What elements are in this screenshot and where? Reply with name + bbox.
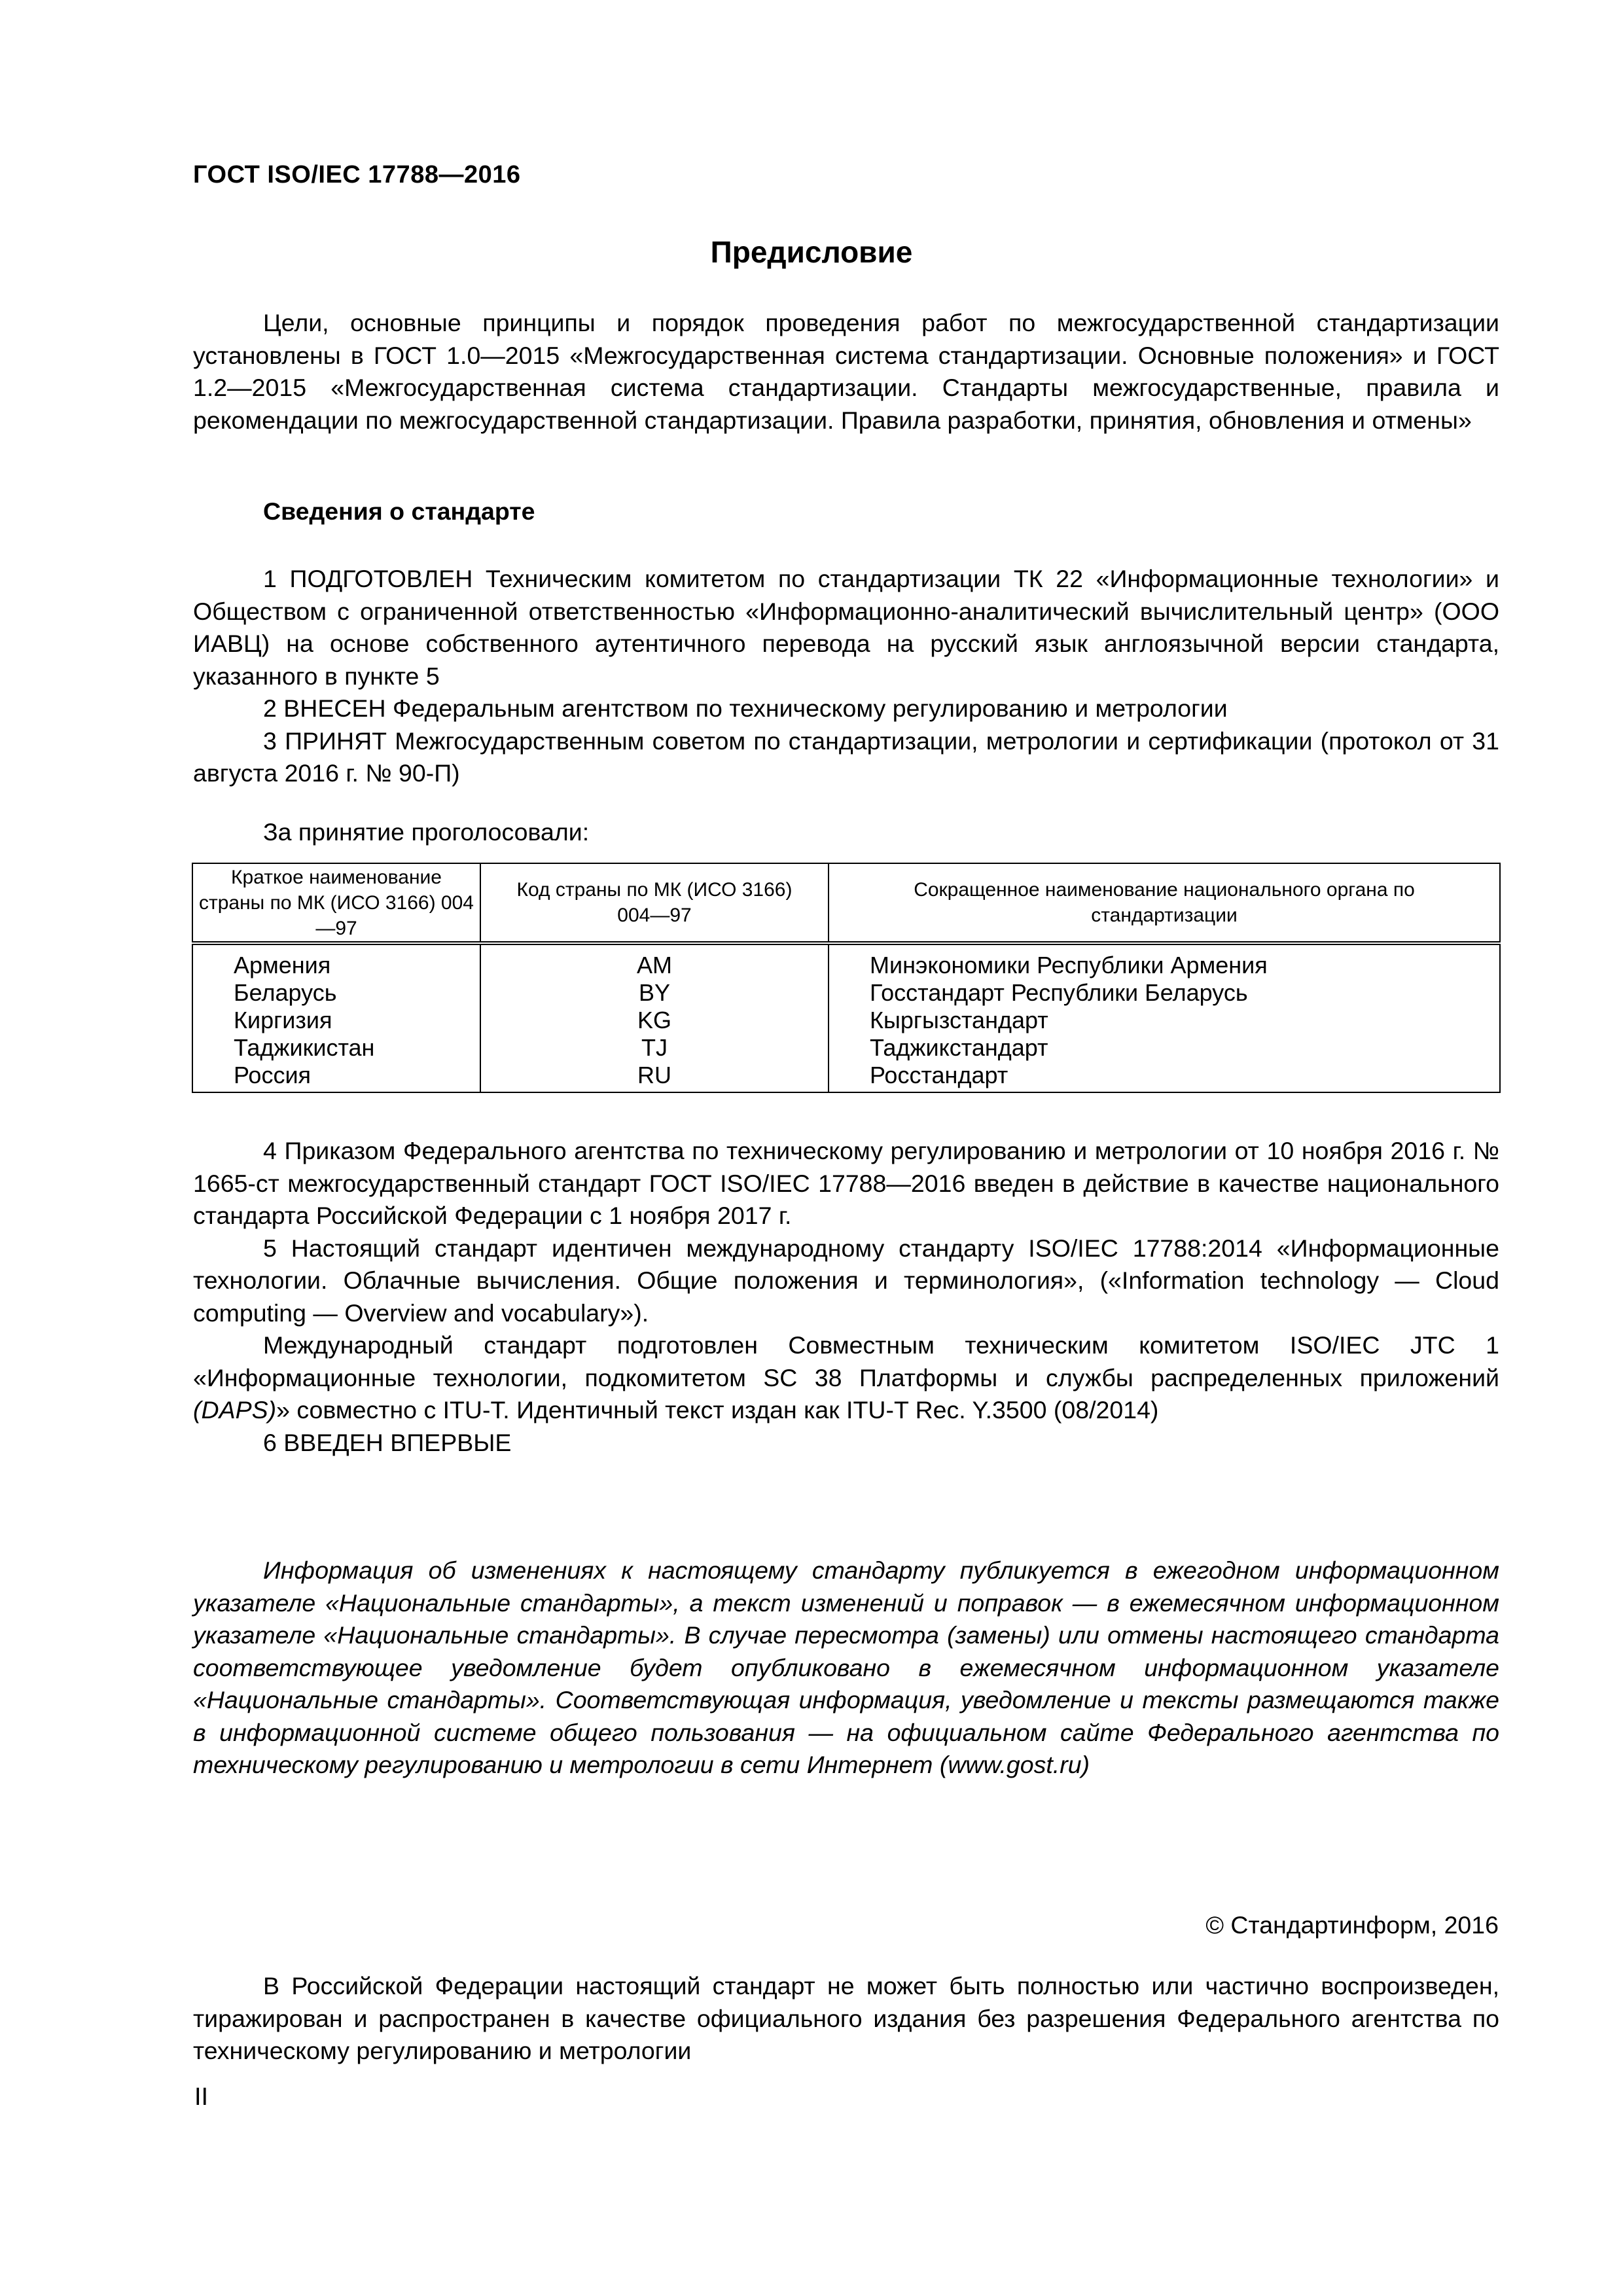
info-item-5: 5 Настоящий стандарт идентичен междунаро…: [193, 1232, 1499, 1330]
table-row: КиргизияKGКыргызстандарт: [192, 1007, 1500, 1034]
standards-body-cell: Кыргызстандарт: [829, 1007, 1500, 1034]
code-cell: AM: [480, 943, 829, 979]
info-item-4: 4 Приказом Федерального агентства по тех…: [193, 1135, 1499, 1232]
country-cell: Армения: [192, 943, 480, 979]
standards-body-cell: Минэкономики Республики Армения: [829, 943, 1500, 979]
country-cell: Россия: [192, 1062, 480, 1092]
rights-notice-text: В Российской Федерации настоящий стандар…: [193, 1970, 1499, 2068]
rights-notice: В Российской Федерации настоящий стандар…: [193, 1970, 1499, 2068]
header-country-code: Код страны по МК (ИСО 3166) 004—97: [480, 863, 829, 943]
code-cell: BY: [480, 979, 829, 1007]
copyright: © Стандартинформ, 2016: [1205, 1911, 1499, 1939]
document-code-header: ГОСТ ISO/IEC 17788—2016: [193, 161, 521, 189]
table-row: БеларусьBYГосстандарт Республики Беларус…: [192, 979, 1500, 1007]
changes-notice-text: Информация об изменениях к настоящему ст…: [193, 1554, 1499, 1782]
international-text-post: » совместно с ITU-T. Идентичный текст из…: [276, 1396, 1158, 1424]
table-row: РоссияRUРосстандарт: [192, 1062, 1500, 1092]
standards-body-cell: Госстандарт Республики Беларусь: [829, 979, 1500, 1007]
country-cell: Беларусь: [192, 979, 480, 1007]
standards-body-cell: Росстандарт: [829, 1062, 1500, 1092]
info-item-6: 6 ВВЕДЕН ВПЕРВЫЕ: [193, 1427, 1499, 1460]
info-item-2: 2 ВНЕСЕН Федеральным агентством по техни…: [193, 692, 1499, 725]
page-number: II: [194, 2083, 208, 2111]
table-body: АрменияAMМинэкономики Республики Армения…: [192, 943, 1500, 1092]
code-cell: RU: [480, 1062, 829, 1092]
info-item-1: 1 ПОДГОТОВЛЕН Техническим комитетом по с…: [193, 563, 1499, 692]
info-item-5-international: Международный стандарт подготовлен Совме…: [193, 1329, 1499, 1427]
table-row: ТаджикистанTJТаджикстандарт: [192, 1034, 1500, 1062]
intro-paragraph: Цели, основные принципы и порядок провед…: [193, 307, 1499, 437]
page-title: Предисловие: [0, 234, 1623, 270]
section-heading-info: Сведения о стандарте: [263, 497, 535, 526]
country-cell: Таджикистан: [192, 1034, 480, 1062]
info-items-block: 1 ПОДГОТОВЛЕН Техническим комитетом по с…: [193, 563, 1499, 790]
table-row: АрменияAMМинэкономики Республики Армения: [192, 943, 1500, 979]
header-standards-body: Сокращенное наименование национального о…: [829, 863, 1500, 943]
country-cell: Киргизия: [192, 1007, 480, 1034]
code-cell: TJ: [480, 1034, 829, 1062]
international-text-pre: Международный стандарт подготовлен Совме…: [193, 1331, 1499, 1391]
intro-text: Цели, основные принципы и порядок провед…: [193, 307, 1499, 437]
standards-body-cell: Таджикстандарт: [829, 1034, 1500, 1062]
info-item-3: 3 ПРИНЯТ Межгосударственным советом по с…: [193, 725, 1499, 790]
code-cell: KG: [480, 1007, 829, 1034]
vote-label: За принятие проголосовали:: [263, 818, 589, 846]
changes-notice: Информация об изменениях к настоящему ст…: [193, 1554, 1499, 1782]
daps-abbr: (DAPS): [193, 1396, 276, 1424]
table-header-row: Краткое наименование страны по МК (ИСО 3…: [192, 863, 1500, 943]
info-items-after-block: 4 Приказом Федерального агентства по тех…: [193, 1135, 1499, 1459]
header-country-name: Краткое наименование страны по МК (ИСО 3…: [192, 863, 480, 943]
voting-countries-table: Краткое наименование страны по МК (ИСО 3…: [192, 863, 1501, 1093]
